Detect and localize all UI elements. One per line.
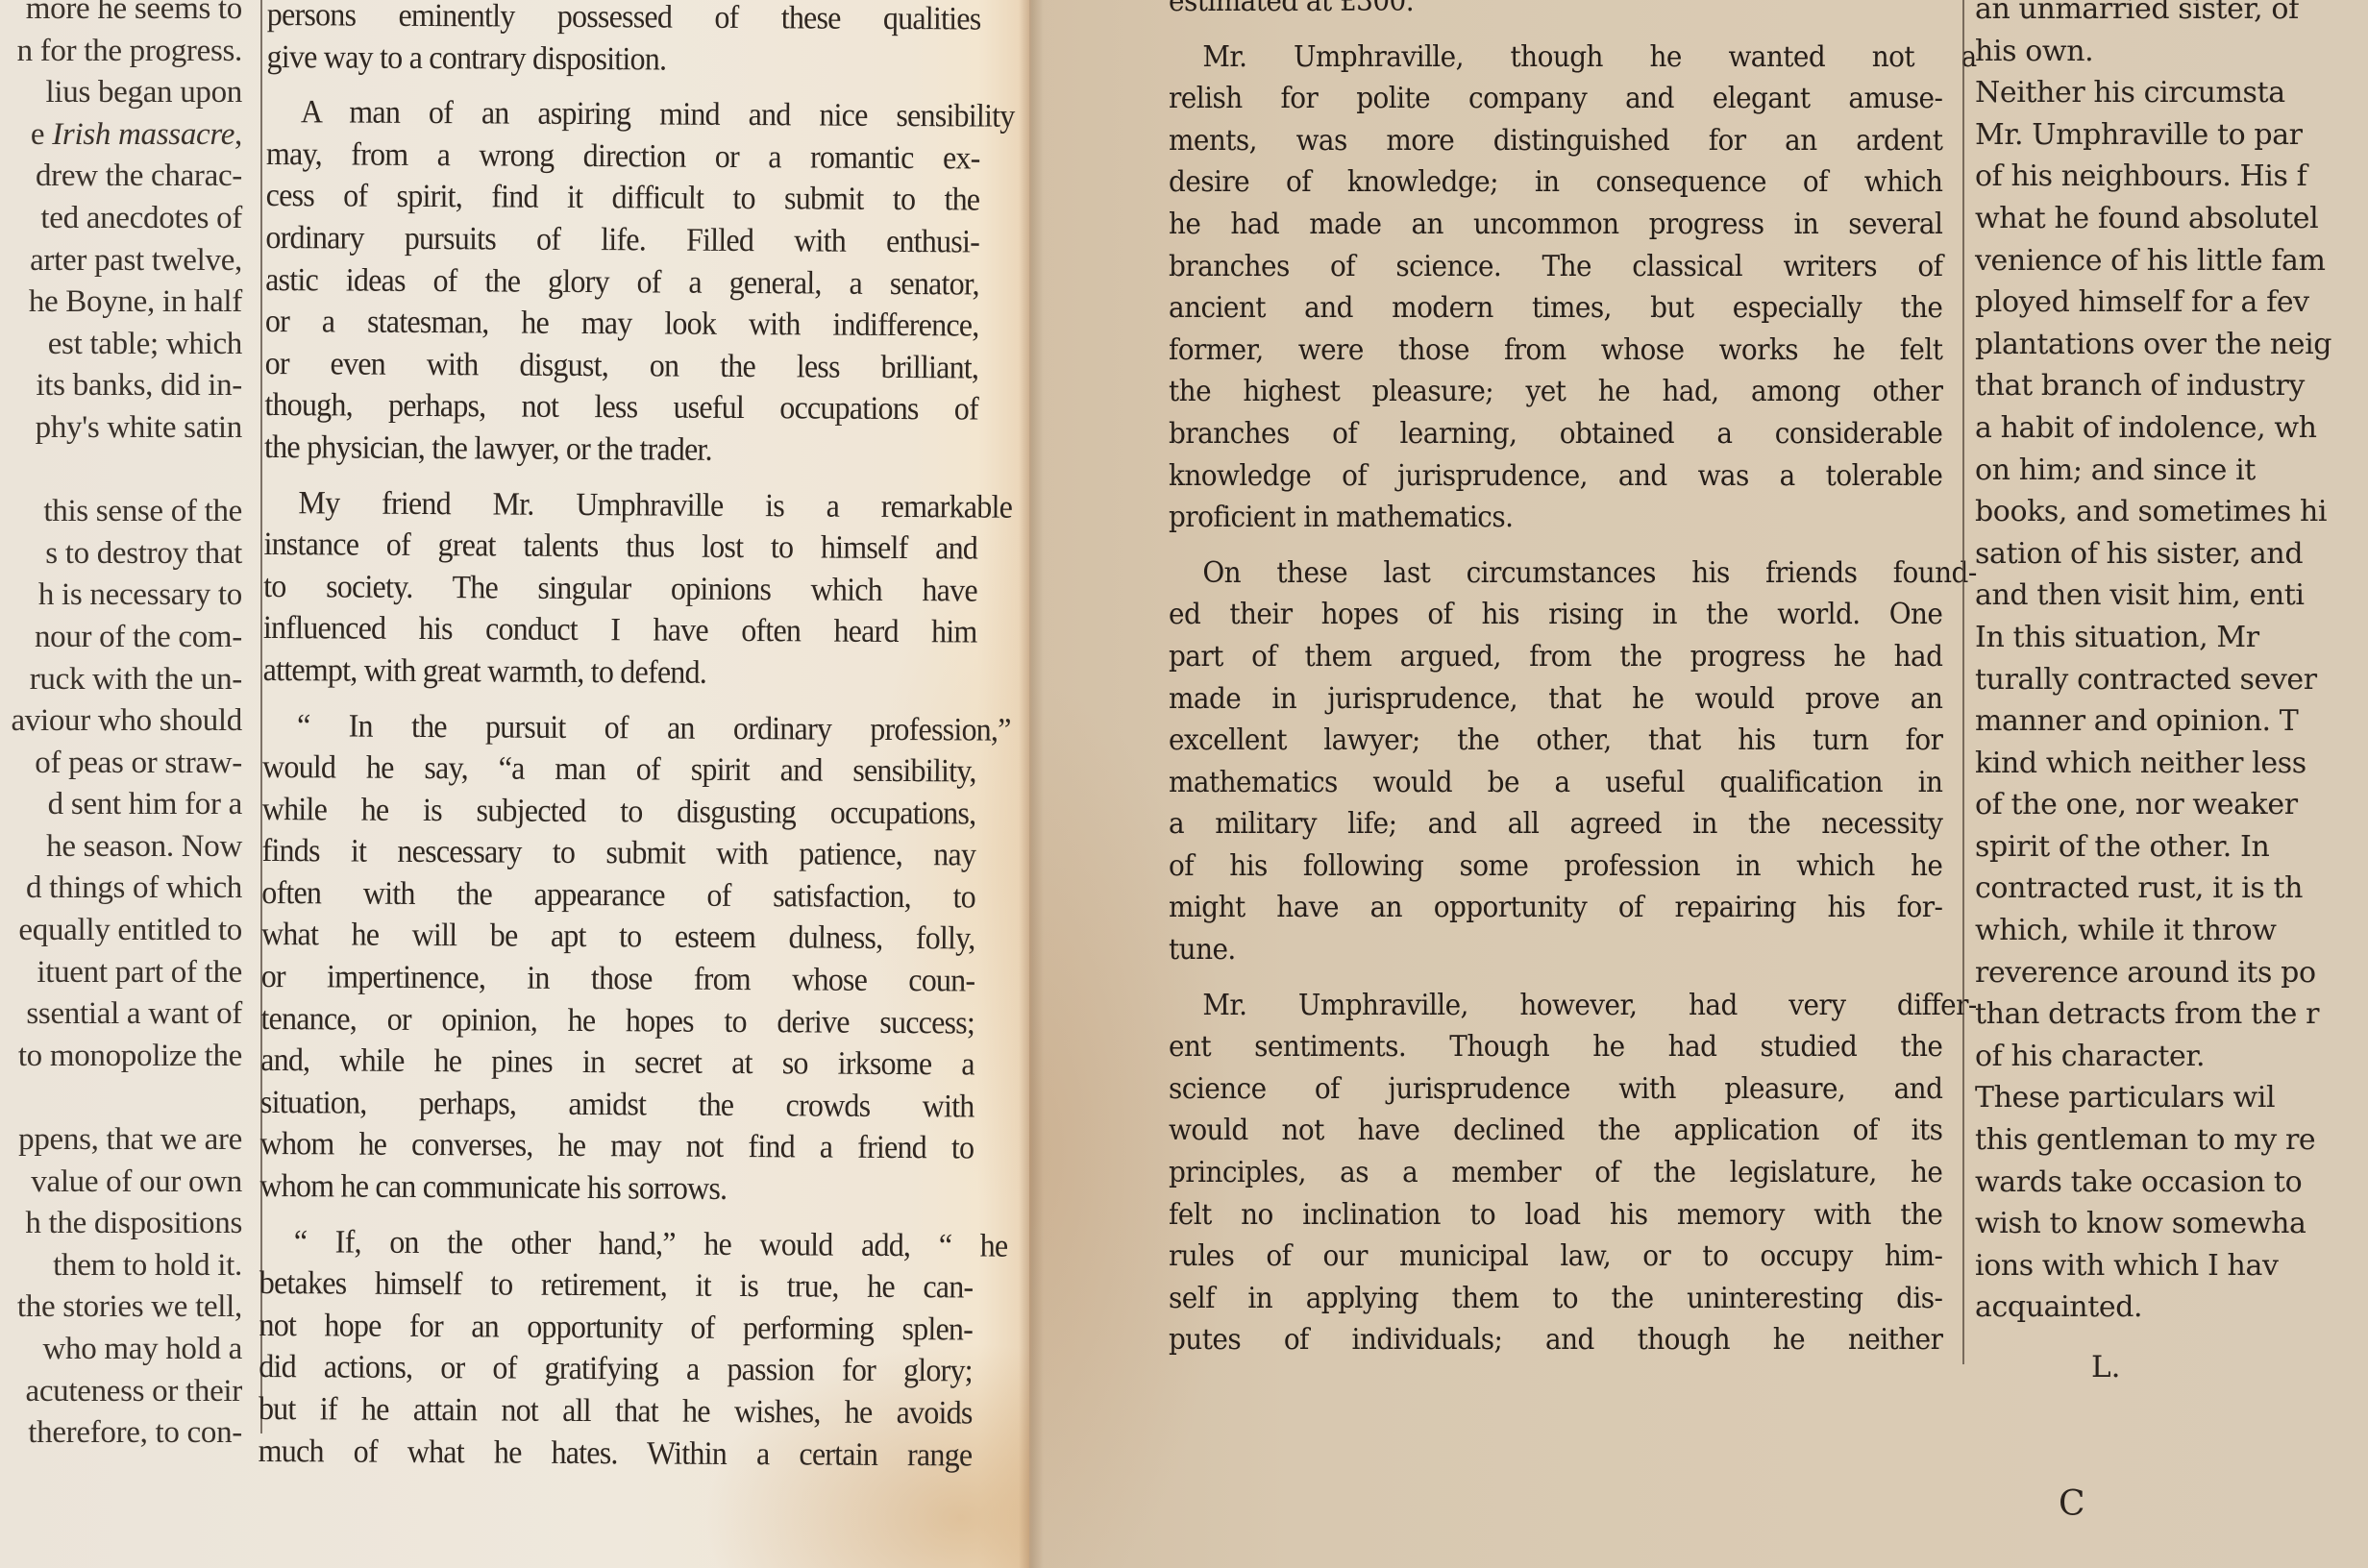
- text-line: lius began upon: [0, 72, 242, 114]
- text-line: instance of great talents thus lost to h…: [263, 524, 977, 570]
- text-line: est table; which: [0, 324, 242, 366]
- text-line: estimated at £300.: [1169, 0, 1942, 23]
- right-page-outer-column: an unmarried sister, ofhis own. Neither …: [1975, 0, 2368, 1329]
- text-line: tune.: [1169, 929, 1942, 971]
- text-line: kind which neither less: [1975, 743, 2368, 785]
- text-line: of his neighbours. His f: [1975, 156, 2368, 198]
- text-line: that branch of industry: [1975, 365, 2368, 407]
- text-line: a habit of indolence, wh: [1975, 407, 2368, 450]
- signature-mark: C: [2059, 1484, 2085, 1524]
- text-line: manner and opinion. T: [1975, 700, 2368, 743]
- text-line: influenced his conduct I have often hear…: [263, 607, 977, 653]
- text-line: of his character.: [1975, 1036, 2368, 1078]
- article-signature: L.: [2091, 1350, 2120, 1384]
- text-line: rules of our municipal law, or to occupy…: [1169, 1236, 1942, 1278]
- text-line: would not have declined the application …: [1169, 1110, 1942, 1152]
- paragraph-first-line: A man of an aspiring mind and nice sensi…: [266, 91, 1015, 137]
- text-line: while he is subjected to disgusting occu…: [262, 789, 976, 835]
- text-line: more he seems to: [0, 0, 242, 31]
- text-line: aviour who should: [0, 700, 242, 743]
- text-line: an unmarried sister, of: [1975, 0, 2368, 31]
- text-line: value of our own: [0, 1162, 242, 1204]
- text-line: the stories we tell,: [0, 1286, 242, 1329]
- text-line: spirit of the other. In: [1975, 826, 2368, 869]
- text-line: this sense of the: [0, 491, 242, 533]
- text-line: ions with which I hav: [1975, 1245, 2368, 1287]
- text-line: [0, 450, 242, 492]
- text-line: might have an opportunity of repairing h…: [1169, 887, 1942, 929]
- paragraph-first-line: “ If, on the other hand,” he would add, …: [259, 1221, 1008, 1267]
- text-line: plantations over the neig: [1975, 324, 2368, 366]
- text-line: persons eminently possessed of these qua…: [267, 0, 981, 40]
- text-line: cess of spirit, find it difficult to sub…: [266, 175, 980, 221]
- text-line: ssential a want of: [0, 993, 242, 1036]
- text-line: finds it nescessary to submit with patie…: [261, 830, 975, 876]
- text-line: ppens, that we are: [0, 1119, 242, 1162]
- text-line: d things of which: [0, 868, 242, 910]
- text-line: These particulars wil: [1975, 1077, 2368, 1119]
- text-line: attempt, with great warmth, to defend.: [263, 649, 977, 696]
- text-line: contracted rust, it is th: [1975, 868, 2368, 910]
- text-line: ployed himself for a fev: [1975, 282, 2368, 324]
- text-line: often with the appearance of satisfactio…: [261, 872, 975, 919]
- text-line: h the dispositions: [0, 1203, 242, 1245]
- text-line: s to destroy that: [0, 533, 242, 576]
- text-line: or a statesman, he may look with indiffe…: [265, 301, 979, 347]
- text-line: ancient and modern times, but especially…: [1169, 287, 1942, 330]
- text-line: did actions, or of gratifying a passion …: [259, 1346, 973, 1392]
- text-line: science of jurisprudence with pleasure, …: [1169, 1068, 1942, 1111]
- paragraph-first-line: Mr. Umphraville, however, had very diffe…: [1169, 985, 1977, 1027]
- text-line: phy's white satin: [0, 407, 242, 450]
- text-line: of the one, nor weaker: [1975, 784, 2368, 826]
- text-line: ted anecdotes of: [0, 198, 242, 240]
- text-line: the physician, the lawyer, or the trader…: [264, 427, 978, 473]
- text-line: astic ideas of the glory of a general, a…: [265, 259, 979, 306]
- text-line: part of them argued, from the progress h…: [1169, 636, 1942, 678]
- text-line: d sent him for a: [0, 784, 242, 826]
- text-line: ruck with the un-: [0, 659, 242, 701]
- text-line: what he will be apt to esteem dulness, f…: [261, 914, 975, 960]
- text-line: who may hold a: [0, 1329, 242, 1371]
- text-line: which, while it throw: [1975, 910, 2368, 952]
- paragraph-first-line: “ In the pursuit of an ordinary professi…: [262, 704, 1011, 750]
- text-line: ituent part of the: [0, 952, 242, 994]
- text-line: to society. The singular opinions which …: [263, 566, 977, 612]
- text-line: turally contracted sever: [1975, 659, 2368, 701]
- text-line: its banks, did in-: [0, 365, 242, 407]
- text-line: acuteness or their: [0, 1371, 242, 1413]
- text-line: Mr. Umphraville to par: [1975, 114, 2368, 157]
- text-line: of peas or straw-: [0, 743, 242, 785]
- text-line: he season. Now: [0, 826, 242, 869]
- text-line: In this situation, Mr: [1975, 617, 2368, 659]
- right-page-inner-column: estimated at £300.Mr. Umphraville, thoug…: [1169, 0, 1942, 1361]
- text-line: ordinary pursuits of life. Filled with e…: [265, 217, 979, 263]
- text-line: this gentleman to my re: [1975, 1119, 2368, 1162]
- text-line: or impertinence, in those from whose cou…: [261, 956, 975, 1002]
- text-line: excellent lawyer; the other, that his tu…: [1169, 720, 1942, 762]
- book-gutter: [1019, 0, 1044, 1568]
- text-line: of his following some profession in whic…: [1169, 845, 1942, 888]
- text-line: not hope for an opportunity of performin…: [259, 1305, 973, 1351]
- text-line: relish for polite company and elegant am…: [1169, 78, 1942, 120]
- text-line: to monopolize the: [0, 1036, 242, 1078]
- paragraph-first-line: Mr. Umphraville, though he wanted not a: [1169, 37, 1977, 79]
- left-page-inner-column: persons eminently possessed of these qua…: [259, 0, 978, 1477]
- text-line: but if he attain not all that he wishes,…: [259, 1388, 973, 1434]
- text-line: knowledge of jurisprudence, and was a to…: [1169, 455, 1942, 498]
- paragraph-first-line: My friend Mr. Umphraville is a remarkabl…: [264, 482, 1013, 528]
- text-line: betakes himself to retirement, it is tru…: [259, 1262, 974, 1309]
- text-line: principles, as a member of the legislatu…: [1169, 1152, 1942, 1194]
- text-line: self in applying them to the uninteresti…: [1169, 1278, 1942, 1320]
- text-line: a military life; and all agreed in the n…: [1169, 803, 1942, 845]
- text-line: ed their hopes of his rising in the worl…: [1169, 594, 1942, 636]
- text-line: e Irish massacre,: [0, 114, 242, 157]
- left-page-outer-column: more he seems ton for the progress.lius …: [0, 0, 242, 1455]
- text-line: them to hold it.: [0, 1245, 242, 1287]
- paragraph-first-line: On these last circumstances his friends …: [1169, 552, 1977, 595]
- text-line: made in jurisprudence, that he would pro…: [1169, 678, 1942, 721]
- text-line: acquainted.: [1975, 1286, 2368, 1329]
- text-line: tenance, or opinion, he hopes to derive …: [260, 998, 974, 1044]
- text-line: and then visit him, enti: [1975, 575, 2368, 617]
- text-line: on him; and since it: [1975, 450, 2368, 492]
- text-line: equally entitled to: [0, 910, 242, 952]
- text-line: n for the progress.: [0, 31, 242, 73]
- text-line: whom he can communicate his sorrows.: [259, 1165, 974, 1212]
- text-line: felt no inclination to load his memory w…: [1169, 1194, 1942, 1237]
- text-line: h is necessary to: [0, 575, 242, 617]
- italic-phrase: Irish massacre: [52, 117, 234, 152]
- text-line: wish to know somewha: [1975, 1203, 2368, 1245]
- text-line: situation, perhaps, amidst the crowds wi…: [260, 1082, 974, 1128]
- text-line: Neither his circumsta: [1975, 72, 2368, 114]
- text-line: and, while he pines in secret at so irks…: [260, 1040, 974, 1086]
- text-line: though, perhaps, not less useful occupat…: [264, 384, 978, 430]
- text-line: or even with disgust, on the less brilli…: [265, 343, 979, 389]
- text-line: his own.: [1975, 31, 2368, 73]
- text-line: much of what he hates. Within a certain …: [259, 1431, 973, 1477]
- text-line: desire of knowledge; in consequence of w…: [1169, 161, 1942, 204]
- text-line: sation of his sister, and: [1975, 533, 2368, 576]
- text-line: he Boyne, in half: [0, 282, 242, 324]
- text-line: would he say, “a man of spirit and sensi…: [262, 747, 976, 793]
- text-line: may, from a wrong direction or a romanti…: [266, 134, 980, 180]
- text-line: arter past twelve,: [0, 240, 242, 282]
- text-line: wards take occasion to: [1975, 1162, 2368, 1204]
- text-line: reverence around its po: [1975, 952, 2368, 994]
- text-line: mathematics would be a useful qualificat…: [1169, 762, 1942, 804]
- text-line: ments, was more distinguished for an ard…: [1169, 120, 1942, 162]
- text-line: what he found absolutel: [1975, 198, 2368, 240]
- text-line: books, and sometimes hi: [1975, 491, 2368, 533]
- text-line: drew the charac-: [0, 156, 242, 198]
- text-line: nour of the com-: [0, 617, 242, 659]
- text-line: the highest pleasure; yet he had, among …: [1169, 371, 1942, 413]
- text-line: he had made an uncommon progress in seve…: [1169, 204, 1942, 246]
- text-line: putes of individuals; and though he neit…: [1169, 1319, 1942, 1361]
- text-line: whom he converses, he may not find a fri…: [260, 1123, 974, 1169]
- text-line: branches of learning, obtained a conside…: [1169, 413, 1942, 455]
- text-line: ent sentiments. Though he had studied th…: [1169, 1026, 1942, 1068]
- text-line: give way to a contrary disposition.: [266, 37, 980, 83]
- text-line: venience of his little fam: [1975, 240, 2368, 282]
- text-line: than detracts from the r: [1975, 993, 2368, 1036]
- text-line: branches of science. The classical write…: [1169, 246, 1942, 288]
- column-rule-right: [1962, 0, 1964, 1364]
- text-line: therefore, to con-: [0, 1412, 242, 1455]
- text-line: proficient in mathematics.: [1169, 497, 1942, 539]
- text-line: former, were those from whose works he f…: [1169, 330, 1942, 372]
- text-line: [0, 1077, 242, 1119]
